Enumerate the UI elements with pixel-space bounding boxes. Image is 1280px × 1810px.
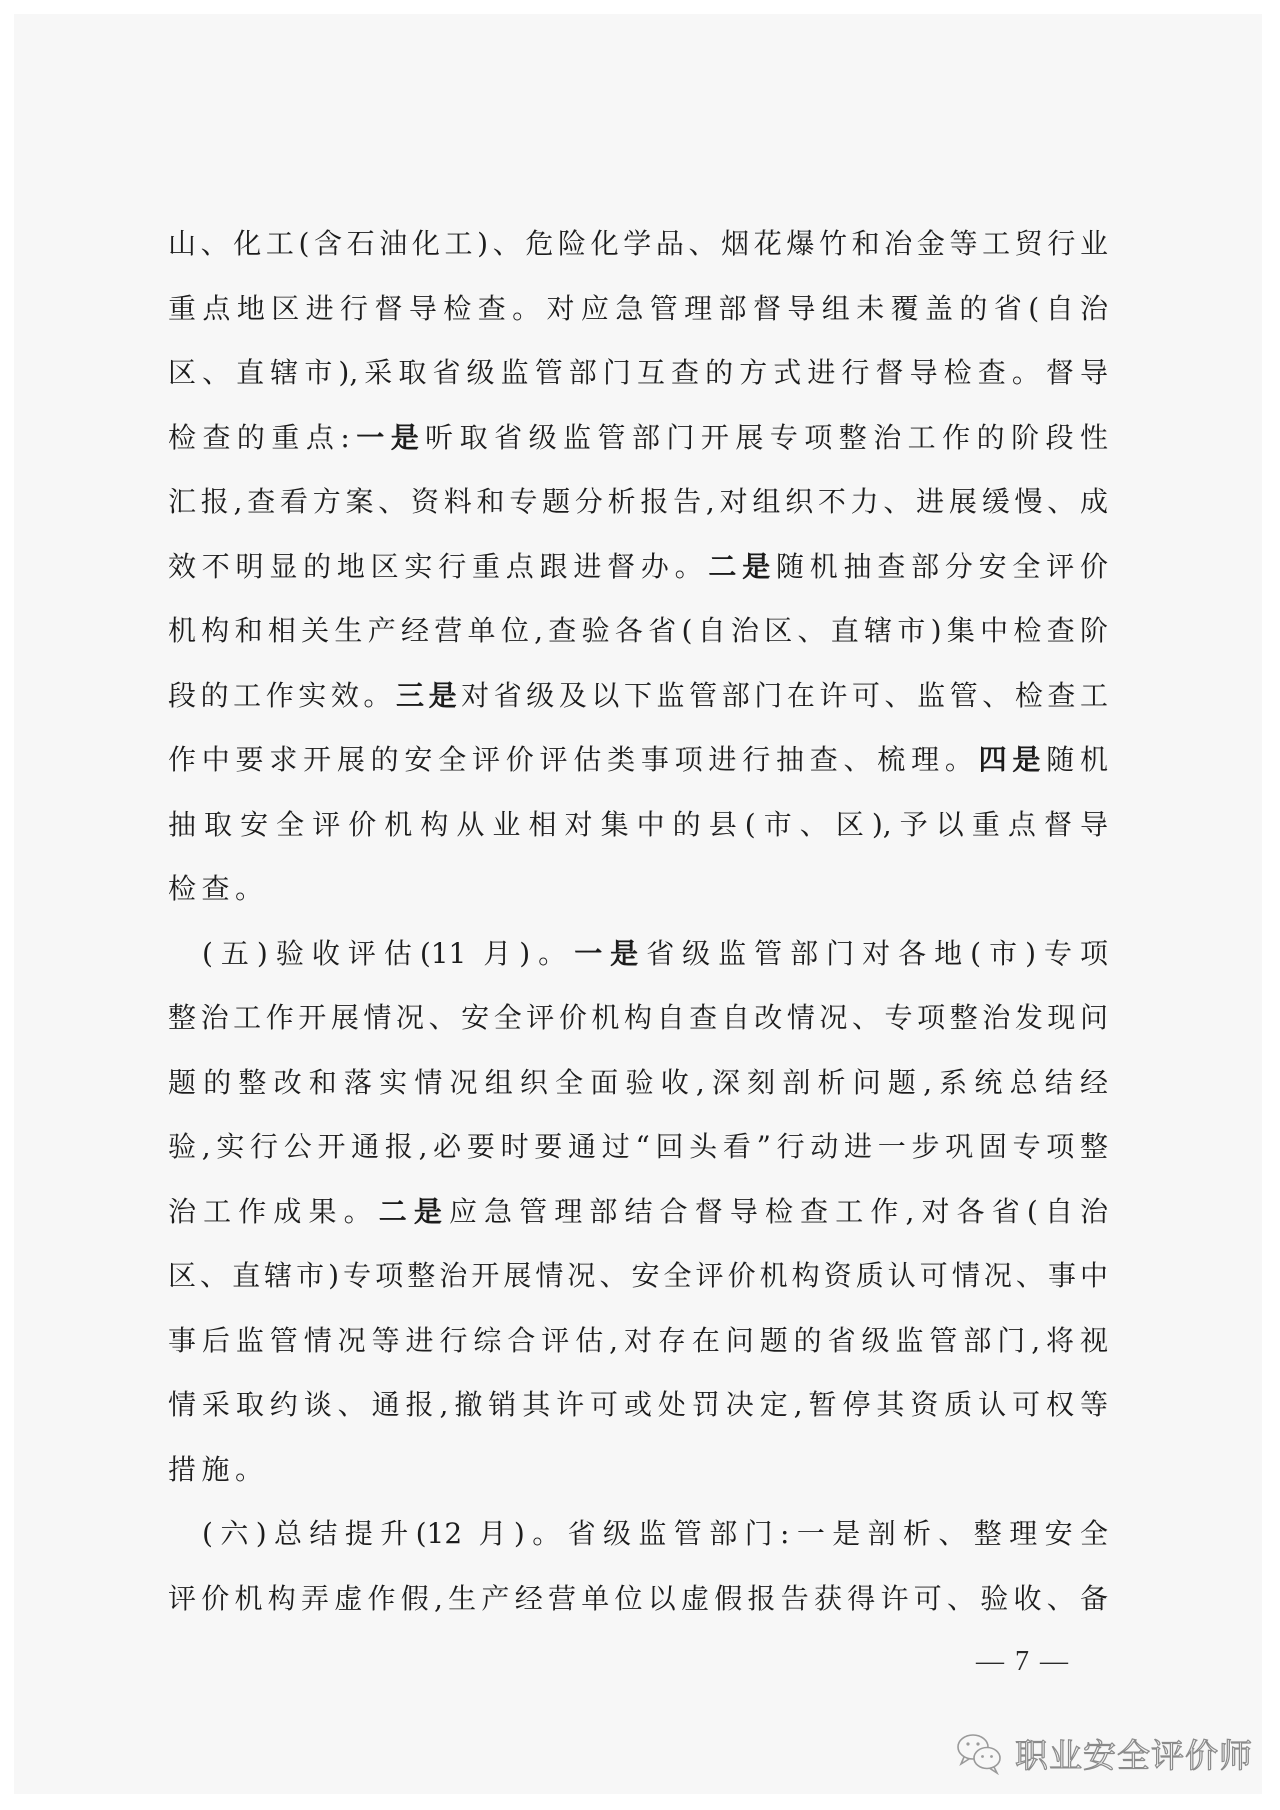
- body-text-line: 重点地区进行督导检查。对应急管理部督导组未覆盖的省(自治: [168, 289, 1108, 329]
- body-text-line: 效不明显的地区实行重点跟进督办。二是随机抽查部分安全评价: [168, 547, 1108, 587]
- text-segment: 汇报,查看方案、资料和专题分析报告,对组织不力、进展缓慢、成: [168, 485, 1108, 518]
- text-segment: 治工作成果。: [168, 1195, 379, 1228]
- body-text-line: 机构和相关生产经营单位,查验各省(自治区、直辖市)集中检查阶: [168, 611, 1108, 651]
- body-text-line: 评价机构弄虚作假,生产经营单位以虚假报告获得许可、验收、备: [168, 1579, 1108, 1619]
- emphasis-marker: 一是: [574, 937, 646, 970]
- text-segment: 区、直辖市),采取省级监管部门互查的方式进行督导检查。督导: [168, 356, 1108, 389]
- text-segment: 措施。: [168, 1453, 269, 1486]
- text-segment: 重点地区进行督导检查。对应急管理部督导组未覆盖的省(自治: [168, 292, 1108, 325]
- watermark: 职业安全评价师: [955, 1728, 1253, 1778]
- section-heading-line: (六)总结提升(12 月)。省级监管部门:一是剖析、整理安全: [202, 1514, 1108, 1554]
- emphasis-marker: 四是: [979, 743, 1047, 776]
- body-text-line: 整治工作开展情况、安全评价机构自查自改情况、专项整治发现问: [168, 998, 1108, 1038]
- text-segment: 验,实行公开通报,必要时要通过“回头看”行动进一步巩固专项整: [168, 1130, 1108, 1163]
- text-segment: 评价机构弄虚作假,生产经营单位以虚假报告获得许可、验收、备: [168, 1582, 1108, 1615]
- text-segment: 情采取约谈、通报,撤销其许可或处罚决定,暂停其资质认可权等: [168, 1388, 1108, 1421]
- emphasis-marker: 二是: [379, 1195, 449, 1228]
- text-segment: 省级监管部门对各地(市)专项: [646, 937, 1108, 970]
- text-segment: 抽取安全评价机构从业相对集中的县(市、区),予以重点督导: [168, 808, 1108, 841]
- text-segment: 作中要求开展的安全评价评估类事项进行抽查、梳理。: [168, 743, 979, 776]
- text-segment: 事后监管情况等进行综合评估,对存在问题的省级监管部门,将视: [168, 1324, 1108, 1357]
- body-text-line: 治工作成果。二是应急管理部结合督导检查工作,对各省(自治: [168, 1192, 1108, 1232]
- watermark-text: 职业安全评价师: [1015, 1730, 1253, 1777]
- body-text-line: 事后监管情况等进行综合评估,对存在问题的省级监管部门,将视: [168, 1321, 1108, 1361]
- body-text-line: 检查的重点:一是听取省级监管部门开展专项整治工作的阶段性: [168, 418, 1108, 458]
- body-text-line: 验,实行公开通报,必要时要通过“回头看”行动进一步巩固专项整: [168, 1127, 1108, 1167]
- body-text-line: 检查。: [168, 869, 1108, 909]
- text-segment: 应急管理部结合督导检查工作,对各省(自治: [449, 1195, 1108, 1228]
- text-segment: 区、直辖市)专项整治开展情况、安全评价机构资质认可情况、事中: [168, 1259, 1108, 1292]
- body-text-line: 汇报,查看方案、资料和专题分析报告,对组织不力、进展缓慢、成: [168, 482, 1108, 522]
- text-segment: 随机: [1046, 743, 1108, 776]
- text-segment: 整治工作开展情况、安全评价机构自查自改情况、专项整治发现问: [168, 1001, 1108, 1034]
- section-heading-line: (五)验收评估(11 月)。一是省级监管部门对各地(市)专项: [202, 934, 1108, 974]
- text-segment: 检查的重点:: [168, 421, 350, 454]
- emphasis-marker: 二是: [708, 550, 776, 583]
- text-segment: 山、化工(含石油化工)、危险化学品、烟花爆竹和冶金等工贸行业: [168, 227, 1108, 260]
- emphasis-marker: 一是: [350, 421, 425, 454]
- section-heading: (五)验收评估(11 月)。: [202, 937, 574, 970]
- text-segment: 题的整改和落实情况组织全面验收,深刻剖析问题,系统总结经: [168, 1066, 1108, 1099]
- body-text-line: 区、直辖市),采取省级监管部门互查的方式进行督导检查。督导: [168, 353, 1108, 393]
- text-segment: 机构和相关生产经营单位,查验各省(自治区、直辖市)集中检查阶: [168, 614, 1108, 647]
- wechat-icon: [955, 1731, 1005, 1775]
- text-segment: 效不明显的地区实行重点跟进督办。: [168, 550, 708, 583]
- body-text-line: 山、化工(含石油化工)、危险化学品、烟花爆竹和冶金等工贸行业: [168, 224, 1108, 264]
- body-text-line: 抽取安全评价机构从业相对集中的县(市、区),予以重点督导: [168, 805, 1108, 845]
- body-text-line: 题的整改和落实情况组织全面验收,深刻剖析问题,系统总结经: [168, 1063, 1108, 1103]
- section-heading: (六)总结提升(12 月)。: [202, 1517, 568, 1550]
- body-text-line: 区、直辖市)专项整治开展情况、安全评价机构资质认可情况、事中: [168, 1256, 1108, 1296]
- text-segment: 检查。: [168, 872, 269, 905]
- text-segment: 段的工作实效。: [168, 679, 396, 712]
- body-text-line: 情采取约谈、通报,撤销其许可或处罚决定,暂停其资质认可权等: [168, 1385, 1108, 1425]
- body-text-line: 段的工作实效。三是对省级及以下监管部门在许可、监管、检查工: [168, 676, 1108, 716]
- body-text-line: 作中要求开展的安全评价评估类事项进行抽查、梳理。四是随机: [168, 740, 1108, 780]
- emphasis-marker: 三是: [396, 679, 461, 712]
- text-segment: 随机抽查部分安全评价: [776, 550, 1108, 583]
- text-segment: 听取省级监管部门开展专项整治工作的阶段性: [425, 421, 1108, 454]
- text-segment: 对省级及以下监管部门在许可、监管、检查工: [461, 679, 1108, 712]
- page-number: — 7 —: [958, 1646, 1088, 1678]
- body-text-line: 措施。: [168, 1450, 1108, 1490]
- text-segment: 省级监管部门:一是剖析、整理安全: [568, 1517, 1108, 1550]
